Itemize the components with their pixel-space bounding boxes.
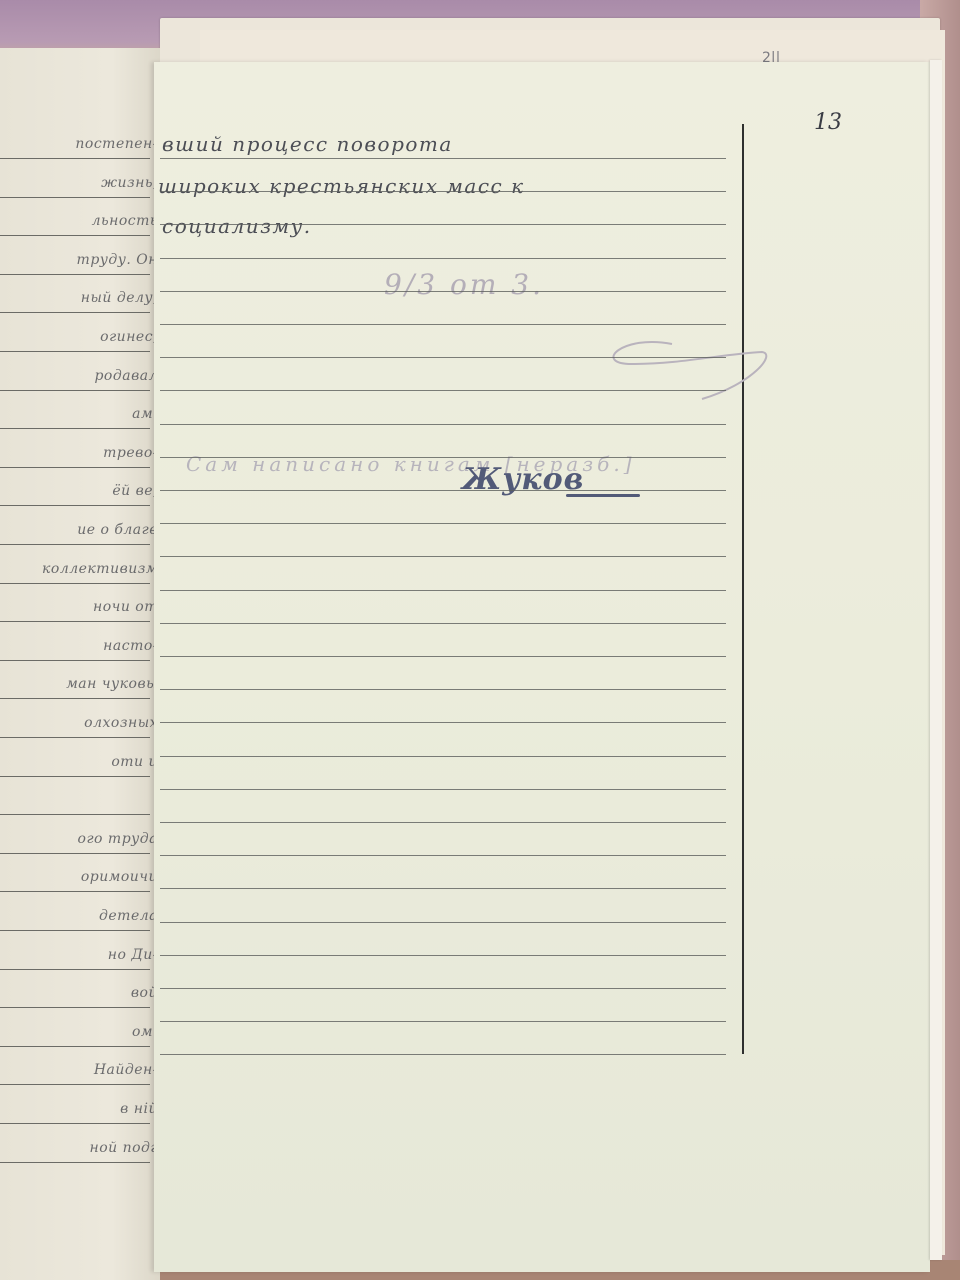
left-page-text-fragment: Найден-	[0, 1062, 158, 1078]
ruled-line	[160, 888, 726, 889]
left-ruled-line	[0, 583, 150, 584]
ruled-line	[160, 191, 726, 192]
left-ruled-line	[0, 891, 150, 892]
ruled-line	[160, 1054, 726, 1055]
ruled-line	[160, 656, 726, 657]
ruled-line	[160, 590, 726, 591]
ruled-line	[160, 988, 726, 989]
left-page-text-fragment: ие о благе	[0, 522, 158, 538]
margin-rule	[742, 124, 744, 1054]
left-page-text-fragment: ом.	[0, 1024, 158, 1040]
left-ruled-line	[0, 776, 150, 777]
left-page-text-fragment: оримоичи	[0, 869, 158, 885]
ruled-line	[160, 955, 726, 956]
left-ruled-line	[0, 1084, 150, 1085]
left-page-text-fragment: ёй ве,	[0, 483, 158, 499]
ruled-line	[160, 457, 726, 458]
left-ruled-line	[0, 351, 150, 352]
left-ruled-line	[0, 312, 150, 313]
left-ruled-line	[0, 274, 150, 275]
left-ruled-line	[0, 737, 150, 738]
ruled-line	[160, 258, 726, 259]
ruled-line	[160, 523, 726, 524]
left-ruled-line	[0, 235, 150, 236]
left-ruled-line	[0, 930, 150, 931]
ruled-line	[160, 623, 726, 624]
left-page-text-fragment: ный делу,	[0, 290, 158, 306]
left-page-text-fragment: труду. Он	[0, 252, 158, 268]
ruled-line	[160, 291, 726, 292]
ruled-line	[160, 722, 726, 723]
left-ruled-line	[0, 1162, 150, 1163]
ruled-line	[160, 490, 726, 491]
ruled-line	[160, 390, 726, 391]
signature: Жуков	[462, 462, 584, 497]
left-ruled-line	[0, 853, 150, 854]
page-number: 13	[814, 110, 842, 135]
ruled-line	[160, 224, 726, 225]
left-page-text-fragment: коллективизм	[0, 561, 158, 577]
ruled-line	[160, 1021, 726, 1022]
text-line-2: широких крестьянских масс к	[158, 174, 525, 198]
left-page-text-fragment: ого труда	[0, 831, 158, 847]
ruled-line	[160, 689, 726, 690]
ruled-line	[160, 556, 726, 557]
left-page-text-fragment: ам.	[0, 406, 158, 422]
ruled-line	[160, 789, 726, 790]
signature-underline	[566, 494, 640, 497]
main-page: 13 вший процесс поворота широких крестья…	[154, 62, 930, 1272]
ruled-line	[160, 424, 726, 425]
left-ruled-line	[0, 698, 150, 699]
left-ruled-line	[0, 660, 150, 661]
left-page-text-fragment: трево-	[0, 445, 158, 461]
left-ruled-line	[0, 467, 150, 468]
ruled-line	[160, 357, 726, 358]
left-ruled-line	[0, 158, 150, 159]
left-ruled-line	[0, 969, 150, 970]
left-page-text-fragment: но Ди-	[0, 947, 158, 963]
page-edge	[930, 60, 942, 1260]
left-page-text-fragment: ной подг	[0, 1140, 158, 1156]
left-ruled-line	[0, 1007, 150, 1008]
left-page-text-fragment: родавал	[0, 368, 158, 384]
text-line-1: вший процесс поворота	[162, 132, 453, 156]
left-page-text-fragment: детела	[0, 908, 158, 924]
left-page-text-fragment: льность	[0, 213, 158, 229]
left-page-text-fragment: ночи от	[0, 599, 158, 615]
left-ruled-line	[0, 1046, 150, 1047]
left-ruled-line	[0, 544, 150, 545]
left-ruled-line	[0, 428, 150, 429]
ruled-line	[160, 822, 726, 823]
ruled-line	[160, 922, 726, 923]
left-page-text-fragment: жизнь,	[0, 175, 158, 191]
left-page-text-fragment: ман чуковы	[0, 676, 158, 692]
ruled-line	[160, 855, 726, 856]
left-page-text-fragment: вой	[0, 985, 158, 1001]
left-page-text-fragment: олхозных	[0, 715, 158, 731]
pencil-annotation: 9/3 от 3.	[384, 268, 544, 301]
left-ruled-line	[0, 1123, 150, 1124]
left-page-text-fragment: в ній	[0, 1101, 158, 1117]
ruled-line	[160, 756, 726, 757]
left-page-text-fragment: постепен-	[0, 136, 158, 152]
ruled-line	[160, 324, 726, 325]
left-page: постепен-жизнь,льностьтруду. Онный делу,…	[0, 48, 160, 1280]
text-line-3: социализму.	[162, 214, 312, 238]
left-ruled-line	[0, 390, 150, 391]
left-page-text-fragment: насто-	[0, 638, 158, 654]
left-page-text-fragment: оти и	[0, 754, 158, 770]
pencil-flourish	[592, 324, 772, 404]
left-page-text-fragment: огинес,	[0, 329, 158, 345]
left-ruled-line	[0, 197, 150, 198]
left-ruled-line	[0, 505, 150, 506]
left-ruled-line	[0, 621, 150, 622]
ruled-line	[160, 158, 726, 159]
left-ruled-line	[0, 814, 150, 815]
